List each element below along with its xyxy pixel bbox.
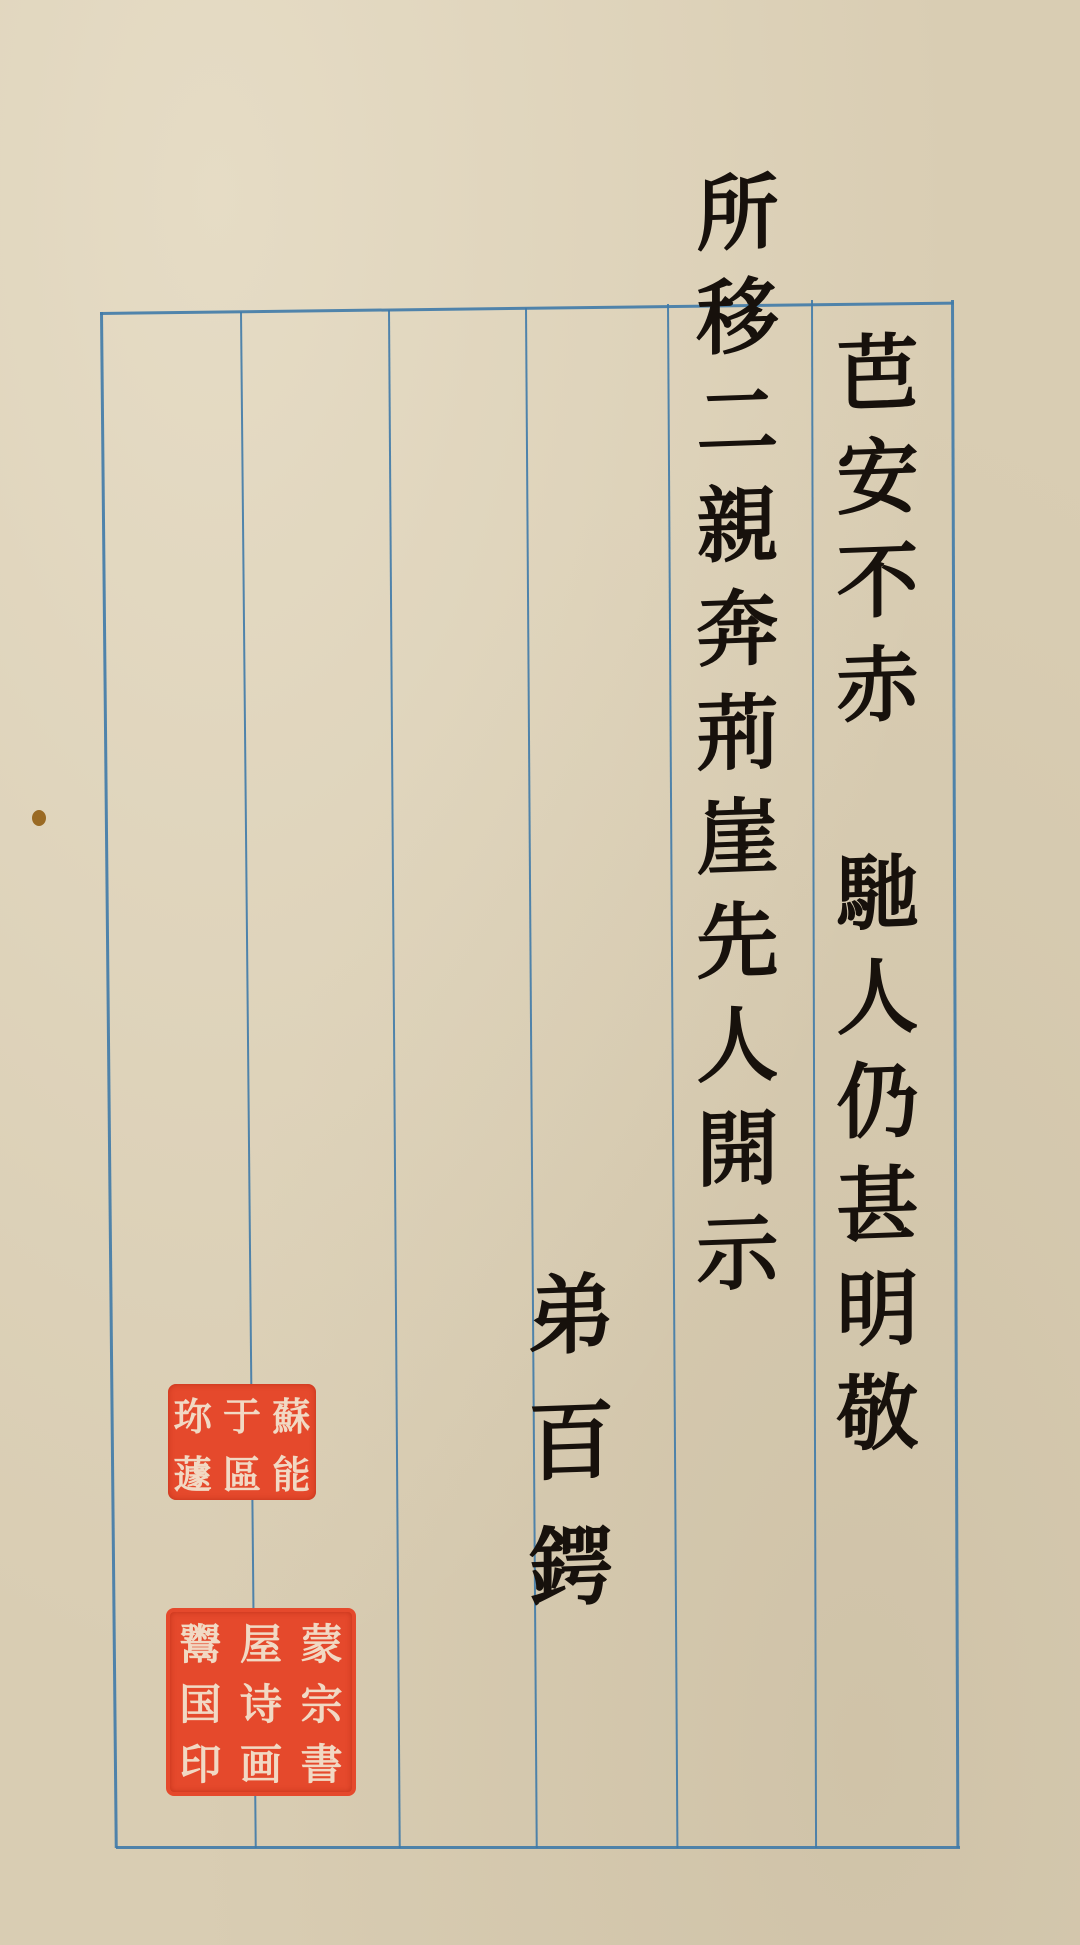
column-rule-4 xyxy=(667,304,678,1848)
seal-glyph: 蘧 xyxy=(174,1444,212,1499)
seal-small: 珎 于 蘇 蘧 區 能 xyxy=(168,1384,316,1500)
letter-paper: 芭安不赤 馳人仍甚明敬 所移二親奔荊崖先人開示 弟百鍔 珎 于 蘇 蘧 區 能 … xyxy=(0,0,1080,1945)
seal-glyph: 画 xyxy=(240,1732,282,1792)
frame-bottom-line xyxy=(116,1846,960,1849)
column-rule-5 xyxy=(811,300,817,1848)
seal-glyph: 国 xyxy=(179,1672,221,1732)
seal-glyph: 書 xyxy=(301,1732,343,1792)
column-rule-2 xyxy=(388,310,401,1848)
seal-glyph: 鬻 xyxy=(179,1612,221,1672)
frame-right-line xyxy=(951,300,959,1848)
seal-glyph: 于 xyxy=(223,1386,261,1441)
seal-large: 鬻 屋 蒙 国 诗 宗 印 画 書 xyxy=(166,1608,356,1796)
seal-glyph: 宗 xyxy=(301,1672,343,1732)
seal-glyph: 蘇 xyxy=(272,1386,310,1441)
seal-glyph: 印 xyxy=(179,1732,221,1792)
seal-glyph: 屋 xyxy=(240,1612,282,1672)
seal-glyph: 诗 xyxy=(240,1672,282,1732)
calligraphy-column-1: 芭安不赤 馳人仍甚明敬 xyxy=(830,329,912,1476)
frame-left-line xyxy=(100,312,118,1848)
paper-stain xyxy=(32,810,46,826)
seal-glyph: 能 xyxy=(272,1444,310,1499)
signature-column: 弟百鍔 xyxy=(520,1268,606,1649)
seal-glyph: 珎 xyxy=(174,1386,212,1441)
seal-glyph: 區 xyxy=(223,1444,261,1499)
calligraphy-column-2: 所移二親奔荊崖先人開示 xyxy=(690,169,772,1316)
seal-glyph: 蒙 xyxy=(301,1612,343,1672)
